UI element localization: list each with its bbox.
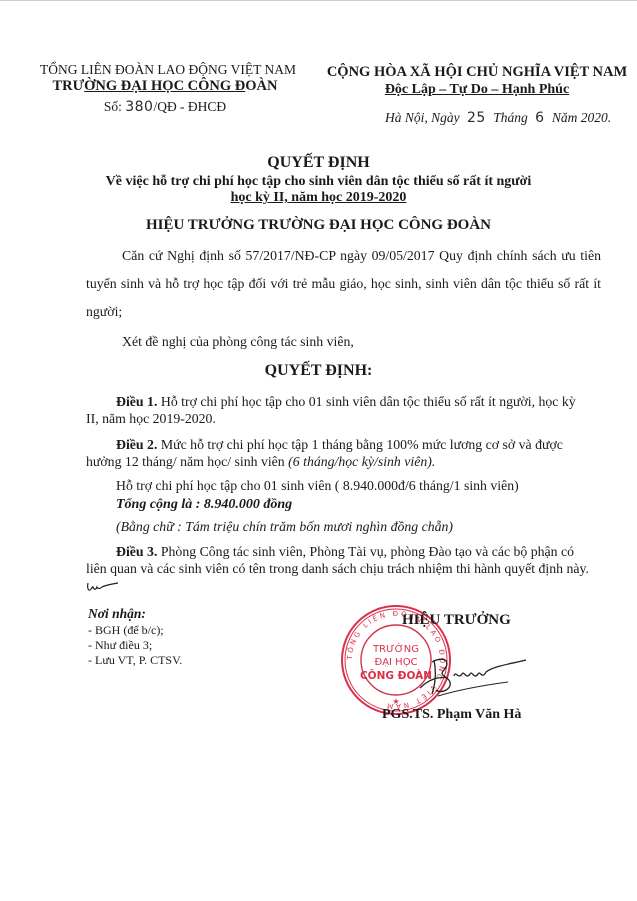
handwritten-day: 25 [467, 110, 486, 126]
recipients-title: Nơi nhận: [88, 605, 182, 623]
page-top-border [0, 0, 637, 1]
national-motto: Độc Lập – Tự Do – Hạnh Phúc [322, 81, 632, 98]
decision-heading: QUYẾT ĐỊNH: [0, 362, 637, 380]
article-1: Điều 1. Hỗ trợ chi phí học tập cho 01 si… [86, 393, 586, 427]
national-header: CỘNG HÒA XÃ HỘI CHỦ NGHĨA VIỆT NAM Độc L… [322, 64, 632, 98]
amount-in-words: (Bằng chữ : Tám triệu chín trăm bốn mươi… [116, 519, 453, 535]
svg-text:ĐẠI HỌC: ĐẠI HỌC [374, 657, 417, 668]
recipient-item: - BGH (để b/c); [88, 623, 182, 638]
issuing-authority: HIỆU TRƯỞNG TRƯỜNG ĐẠI HỌC CÔNG ĐOÀN [0, 217, 637, 234]
legal-basis: Căn cứ Nghị định số 57/2017/NĐ-CP ngày 0… [86, 242, 601, 326]
school-name: TRƯỜNG ĐẠI HỌC CÔNG ĐOÀN [40, 78, 290, 95]
svg-text:★: ★ [392, 697, 399, 706]
proposal-line: Xét đề nghị của phòng công tác sinh viên… [122, 328, 354, 356]
article-3: Điều 3. Phòng Công tác sinh viên, Phòng … [86, 543, 594, 594]
document-subject-line-2: học kỳ II, năm học 2019-2020 [0, 190, 637, 206]
handwritten-number: 380 [125, 99, 153, 115]
recipient-item: - Lưu VT, P. CTSV. [88, 653, 182, 668]
total-amount: Tổng cộng là : 8.940.000 đồng [116, 497, 292, 513]
svg-text:TRƯỜNG: TRƯỜNG [372, 642, 419, 655]
recipient-item: - Như điều 3; [88, 638, 182, 653]
document-subject-line-1: Về việc hỗ trợ chi phí học tập cho sinh … [0, 174, 637, 190]
article-2: Điều 2. Mức hỗ trợ chi phí học tập 1 thá… [86, 436, 586, 470]
recipients-block: Nơi nhận: - BGH (để b/c); - Như điều 3; … [88, 605, 182, 668]
signatory-name: PGS.TS. Phạm Văn Hà [382, 707, 521, 723]
nation-name: CỘNG HÒA XÃ HỘI CHỦ NGHĨA VIỆT NAM [322, 64, 632, 81]
signatory-title: HIỆU TRƯỞNG [402, 612, 511, 629]
issuer-header: TỔNG LIÊN ĐOÀN LAO ĐỘNG VIỆT NAM TRƯỜNG … [40, 62, 290, 117]
handwritten-signature-icon [418, 650, 528, 705]
support-amount-line: Hỗ trợ chi phí học tập cho 01 sinh viên … [116, 477, 519, 494]
document-number: Số: 380/QĐ - ĐHCĐ [40, 97, 290, 117]
initials-mark-icon [86, 581, 120, 593]
parent-organization: TỔNG LIÊN ĐOÀN LAO ĐỘNG VIỆT NAM [40, 62, 290, 78]
handwritten-month: 6 [535, 110, 544, 126]
issue-date: Hà Nội, Ngày 25 Tháng 6 Năm 2020. [385, 110, 611, 126]
document-title: QUYẾT ĐỊNH [0, 154, 637, 172]
